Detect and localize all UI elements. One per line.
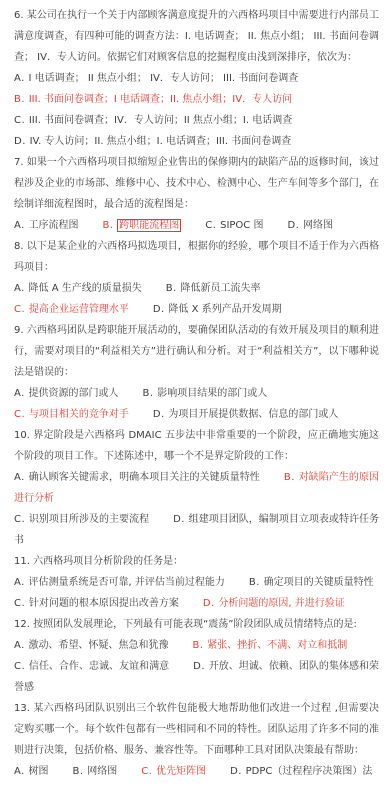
question-7: 7. 如果一个六西格玛项目拟缩短企业售出的保修期内的缺陷产品的返修时间，该过程涉… <box>14 152 379 236</box>
question-13-stem: 13. 某六西格玛团队识别出三个软件包能极大地帮助他们改进一个过程 ,但需要决定… <box>14 698 379 761</box>
option-label: B. <box>249 577 264 588</box>
option-text: 影响项目结果的部门或人 <box>157 388 267 399</box>
question-6-option-row: C. III. 书面问卷调查；IV．专人访问；II 焦点小组；I. 电话调查 <box>14 110 379 131</box>
question-13: 13. 某六西格玛团队识别出三个软件包能极大地帮助他们改进一个过程 ,但需要决定… <box>14 698 379 782</box>
question-7-option-B: B. 跨职能流程图 <box>103 220 182 231</box>
question-7-option-C: C. SIPOC 图 <box>205 220 263 231</box>
question-9-option-row: C. 与项目相关的竞争对手D. 为项目开展提供数据、信息的部门或人 <box>14 404 379 425</box>
question-9-option-B: B. 影响项目结果的部门或人 <box>143 388 268 399</box>
option-text: 优先矩阵图 <box>156 766 206 777</box>
option-label: B. <box>73 766 88 777</box>
option-label: A. <box>14 220 29 231</box>
option-label: D. <box>173 514 189 525</box>
option-label: D. <box>14 136 30 147</box>
question-10: 10. 界定阶段是六西格玛 DMAIC 五步法中非常重要的一个阶段，应正确地实施… <box>14 425 379 551</box>
question-12-stem: 12. 按照团队发展理论，下列最有可能表现“震荡”阶段团队成员情绪特点的是: <box>14 614 379 635</box>
option-label: C. <box>14 409 29 420</box>
question-9-stem: 9. 六西格玛团队是跨职能开展活动的，要确保团队活动的有效开展及项目的顺利进行，… <box>14 320 379 383</box>
question-8-option-row: C. 提高企业运营管理水平D. 降低 X 系列产品开发周期 <box>14 299 379 320</box>
option-text: 网络图 <box>87 766 117 777</box>
option-text: IV. 专人访问；II. 焦点小组；I. 电话调查；III. 书面问卷调查 <box>30 136 292 147</box>
option-text: 降低 A 生产线的质量损失 <box>29 283 142 294</box>
option-text: 与项目相关的竞争对手 <box>29 409 129 420</box>
option-text: 分析问题的原因, 并进行验证 <box>218 598 344 609</box>
option-text: 确认顾客关键需求，明确本项目关注的关键质量特性 <box>29 472 260 483</box>
option-text: 提高企业运营管理水平 <box>29 304 129 315</box>
question-7-option-A: A. 工序流程图 <box>14 220 79 231</box>
option-text: 降低 X 系列产品开发周期 <box>168 304 281 315</box>
question-9-option-A: A. 提供资源的部门或人 <box>14 388 119 399</box>
question-10-option-A: A. 确认顾客关键需求，明确本项目关注的关键质量特性 <box>14 472 260 483</box>
option-label: C. <box>14 514 29 525</box>
option-label: D. <box>193 661 209 672</box>
option-text: 跨职能流程图 <box>117 219 181 232</box>
option-label: B. <box>14 94 29 105</box>
question-10-option-row: C. 识别项目所涉及的主要流程D. 组建项目团队，编制项目立项表或特许任务书 <box>14 509 379 551</box>
option-label: D. <box>203 598 219 609</box>
option-text: PDPC（过程程序决策图）法 <box>246 766 373 777</box>
question-9: 9. 六西格玛团队是跨职能开展活动的，要确保团队活动的有效开展及项目的顺利进行，… <box>14 320 379 425</box>
question-9-option-row: A. 提供资源的部门或人B. 影响项目结果的部门或人 <box>14 383 379 404</box>
question-list: 6. 某公司在执行一个关于内部顾客满意度提升的六西格玛项目中需要进行内部员工满意… <box>14 5 379 782</box>
question-13-option-A: A. 树图 <box>14 766 49 777</box>
option-text: 工序流程图 <box>29 220 79 231</box>
question-11-option-B: B. 确定项目的关键质量特性 <box>249 577 374 588</box>
question-11-option-A: A. 评估测量系统是否可靠, 并评估当前过程能力 <box>14 577 225 588</box>
question-6: 6. 某公司在执行一个关于内部顾客满意度提升的六西格玛项目中需要进行内部员工满意… <box>14 5 379 152</box>
option-label: D. <box>230 766 246 777</box>
question-12-option-C: C. 信任、合作、忠诚、友谊和满意 <box>14 661 169 672</box>
option-label: A. <box>14 283 29 294</box>
question-9-option-D: D. 为项目开展提供数据、信息的部门或人 <box>153 409 339 420</box>
question-8-option-C: C. 提高企业运营管理水平 <box>14 304 129 315</box>
question-6-stem: 6. 某公司在执行一个关于内部顾客满意度提升的六西格玛项目中需要进行内部员工满意… <box>14 5 379 68</box>
option-text: 评估测量系统是否可靠, 并评估当前过程能力 <box>29 577 225 588</box>
question-11-stem: 11. 六西格玛项目分析阶段的任务是： <box>14 551 379 572</box>
question-6-option-C: C. III. 书面问卷调查；IV．专人访问；II 焦点小组；I. 电话调查 <box>14 115 292 126</box>
option-label: C. <box>14 661 29 672</box>
question-10-stem: 10. 界定阶段是六西格玛 DMAIC 五步法中非常重要的一个阶段，应正确地实施… <box>14 425 379 467</box>
option-text: 确定项目的关键质量特性 <box>264 577 374 588</box>
option-text: 为项目开展提供数据、信息的部门或人 <box>168 409 338 420</box>
option-label: A. <box>14 388 29 399</box>
question-12: 12. 按照团队发展理论，下列最有可能表现“震荡”阶段团队成员情绪特点的是:A.… <box>14 614 379 698</box>
question-12-option-A: A. 激动、希望、怀疑、焦急和犹豫 <box>14 640 169 651</box>
option-label: B. <box>166 283 181 294</box>
question-8-option-B: B. 降低新员工流失率 <box>166 283 261 294</box>
question-8-stem: 8. 以下是某企业的六西格玛拟选项目，根据你的经验，哪个项目不适于作为六西格玛项… <box>14 236 379 278</box>
question-10-option-C: C. 识别项目所涉及的主要流程 <box>14 514 149 525</box>
option-label: C. <box>14 304 29 315</box>
option-label: C. <box>141 766 156 777</box>
question-11: 11. 六西格玛项目分析阶段的任务是：A. 评估测量系统是否可靠, 并评估当前过… <box>14 551 379 614</box>
option-text: 信任、合作、忠诚、友谊和满意 <box>29 661 169 672</box>
exam-page: 6. 某公司在执行一个关于内部顾客满意度提升的六西格玛项目中需要进行内部员工满意… <box>0 0 392 790</box>
option-label: C. <box>14 598 29 609</box>
question-13-option-C: C. 优先矩阵图 <box>141 766 206 777</box>
question-13-option-D: D. PDPC（过程程序决策图）法 <box>230 766 372 777</box>
option-label: D. <box>153 304 169 315</box>
question-7-option-D: D. 网络图 <box>287 220 333 231</box>
question-13-option-row: A. 树图B. 网络图C. 优先矩阵图D. PDPC（过程程序决策图）法 <box>14 761 379 782</box>
option-text: 激动、希望、怀疑、焦急和犹豫 <box>29 640 169 651</box>
option-label: B. <box>143 388 158 399</box>
question-6-option-row: B. III. 书面问卷调查；I 电话调查；II. 焦点小组；IV．专人访问 <box>14 89 379 110</box>
question-8-option-A: A. 降低 A 生产线的质量损失 <box>14 283 142 294</box>
option-label: B. <box>284 472 299 483</box>
option-label: C. <box>14 115 29 126</box>
question-7-option-row: A. 工序流程图B. 跨职能流程图C. SIPOC 图D. 网络图 <box>14 215 379 236</box>
option-label: D. <box>287 220 303 231</box>
option-label: A. <box>14 73 29 84</box>
question-12-option-row: A. 激动、希望、怀疑、焦急和犹豫B. 紧张、挫折、不满、对立和抵制 <box>14 635 379 656</box>
option-text: 树图 <box>29 766 49 777</box>
option-text: 提供资源的部门或人 <box>29 388 119 399</box>
option-text: III. 书面问卷调查；I 电话调查；II. 焦点小组；IV．专人访问 <box>29 94 292 105</box>
question-11-option-row: A. 评估测量系统是否可靠, 并评估当前过程能力B. 确定项目的关键质量特性 <box>14 572 379 593</box>
question-11-option-C: C. 针对问题的根本原因提出改善方案 <box>14 598 179 609</box>
question-11-option-row: C. 针对问题的根本原因提出改善方案D. 分析问题的原因, 并进行验证 <box>14 593 379 614</box>
option-label: A. <box>14 766 29 777</box>
question-6-option-A: A. I 电话调查； II 焦点小组； IV．专人访问； III. 书面问卷调查 <box>14 73 298 84</box>
option-text: III. 书面问卷调查；IV．专人访问；II 焦点小组；I. 电话调查 <box>29 115 292 126</box>
question-8-option-row: A. 降低 A 生产线的质量损失B. 降低新员工流失率 <box>14 278 379 299</box>
option-text: I 电话调查； II 焦点小组； IV．专人访问； III. 书面问卷调查 <box>29 73 299 84</box>
option-text: 降低新员工流失率 <box>180 283 260 294</box>
option-text: 识别项目所涉及的主要流程 <box>29 514 149 525</box>
option-label: A. <box>14 640 29 651</box>
question-7-stem: 7. 如果一个六西格玛项目拟缩短企业售出的保修期内的缺陷产品的返修时间，该过程涉… <box>14 152 379 215</box>
option-label: A. <box>14 472 29 483</box>
question-6-option-row: A. I 电话调查； II 焦点小组； IV．专人访问； III. 书面问卷调查 <box>14 68 379 89</box>
option-label: C. <box>205 220 220 231</box>
question-8-option-D: D. 降低 X 系列产品开发周期 <box>153 304 282 315</box>
option-label: B. <box>193 640 208 651</box>
option-text: 针对问题的根本原因提出改善方案 <box>29 598 179 609</box>
question-6-option-row: D. IV. 专人访问；II. 焦点小组；I. 电话调查；III. 书面问卷调查 <box>14 131 379 152</box>
option-label: D. <box>153 409 169 420</box>
question-10-option-row: A. 确认顾客关键需求，明确本项目关注的关键质量特性B. 对缺陷产生的原因进行分… <box>14 467 379 509</box>
question-6-option-D: D. IV. 专人访问；II. 焦点小组；I. 电话调查；III. 书面问卷调查 <box>14 136 291 147</box>
option-label: A. <box>14 577 29 588</box>
question-6-option-B: B. III. 书面问卷调查；I 电话调查；II. 焦点小组；IV．专人访问 <box>14 94 292 105</box>
question-8: 8. 以下是某企业的六西格玛拟选项目，根据你的经验，哪个项目不适于作为六西格玛项… <box>14 236 379 320</box>
option-text: SIPOC 图 <box>220 220 263 231</box>
option-text: 紧张、挫折、不满、对立和抵制 <box>207 640 347 651</box>
question-13-option-B: B. 网络图 <box>73 766 118 777</box>
question-9-option-C: C. 与项目相关的竞争对手 <box>14 409 129 420</box>
question-11-option-D: D. 分析问题的原因, 并进行验证 <box>203 598 345 609</box>
option-text: 网络图 <box>303 220 333 231</box>
option-label: B. <box>103 220 118 231</box>
question-12-option-row: C. 信任、合作、忠诚、友谊和满意D. 开放、坦诚、依赖、团队的集体感和荣誉感 <box>14 656 379 698</box>
question-12-option-B: B. 紧张、挫折、不满、对立和抵制 <box>193 640 348 651</box>
